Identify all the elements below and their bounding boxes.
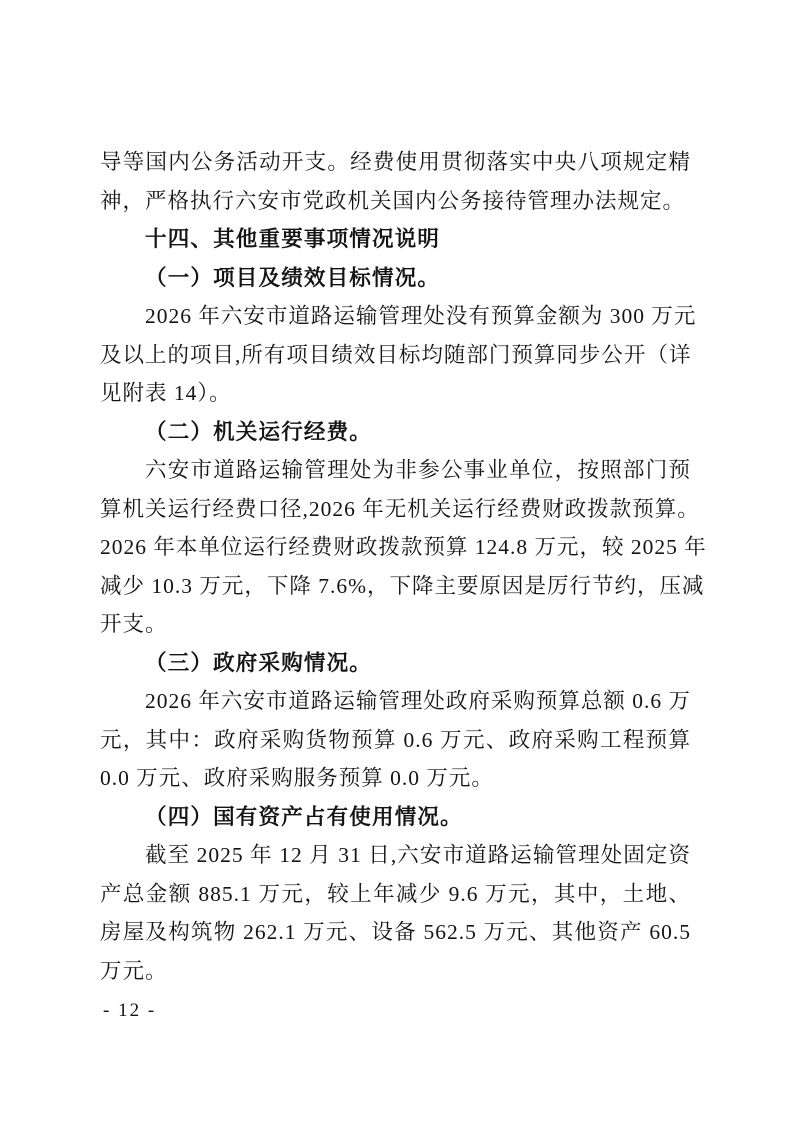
document-body: 导等国内公务活动开支。经费使用贯彻落实中央八项规定精神，严格执行六安市党政机关国…	[100, 143, 691, 990]
text-line: 导等国内公务活动开支。经费使用贯彻落实中央八项规定精	[100, 143, 691, 182]
text-line: 2026 年六安市道路运输管理处没有预算金额为 300 万元	[100, 297, 691, 336]
text-line: 万元。	[100, 952, 691, 991]
section-heading: （三）政府采购情况。	[100, 644, 691, 683]
page-number: - 12 -	[103, 1000, 156, 1022]
text-line: 2026 年本单位运行经费财政拨款预算 124.8 万元，较 2025 年	[100, 528, 691, 567]
text-line: 见附表 14）。	[100, 374, 691, 413]
section-heading: （一）项目及绩效目标情况。	[100, 259, 691, 298]
text-line: 及以上的项目,所有项目绩效目标均随部门预算同步公开（详	[100, 336, 691, 375]
section-heading: 十四、其他重要事项情况说明	[100, 220, 691, 259]
text-line: 房屋及构筑物 262.1 万元、设备 562.5 万元、其他资产 60.5	[100, 913, 691, 952]
text-line: 神，严格执行六安市党政机关国内公务接待管理办法规定。	[100, 182, 691, 221]
text-line: 截至 2025 年 12 月 31 日,六安市道路运输管理处固定资	[100, 836, 691, 875]
text-line: 元，其中：政府采购货物预算 0.6 万元、政府采购工程预算	[100, 721, 691, 760]
section-heading: （二）机关运行经费。	[100, 413, 691, 452]
text-line: 算机关运行经费口径,2026 年无机关运行经费财政拨款预算。	[100, 490, 691, 529]
text-line: 减少 10.3 万元，下降 7.6%，下降主要原因是厉行节约，压减	[100, 567, 691, 606]
section-heading: （四）国有资产占有使用情况。	[100, 798, 691, 837]
text-line: 开支。	[100, 605, 691, 644]
document-page: 导等国内公务活动开支。经费使用贯彻落实中央八项规定精神，严格执行六安市党政机关国…	[0, 0, 793, 1122]
text-line: 0.0 万元、政府采购服务预算 0.0 万元。	[100, 759, 691, 798]
text-line: 2026 年六安市道路运输管理处政府采购预算总额 0.6 万	[100, 682, 691, 721]
text-line: 六安市道路运输管理处为非参公事业单位，按照部门预	[100, 451, 691, 490]
text-line: 产总金额 885.1 万元，较上年减少 9.6 万元，其中，土地、	[100, 875, 691, 914]
